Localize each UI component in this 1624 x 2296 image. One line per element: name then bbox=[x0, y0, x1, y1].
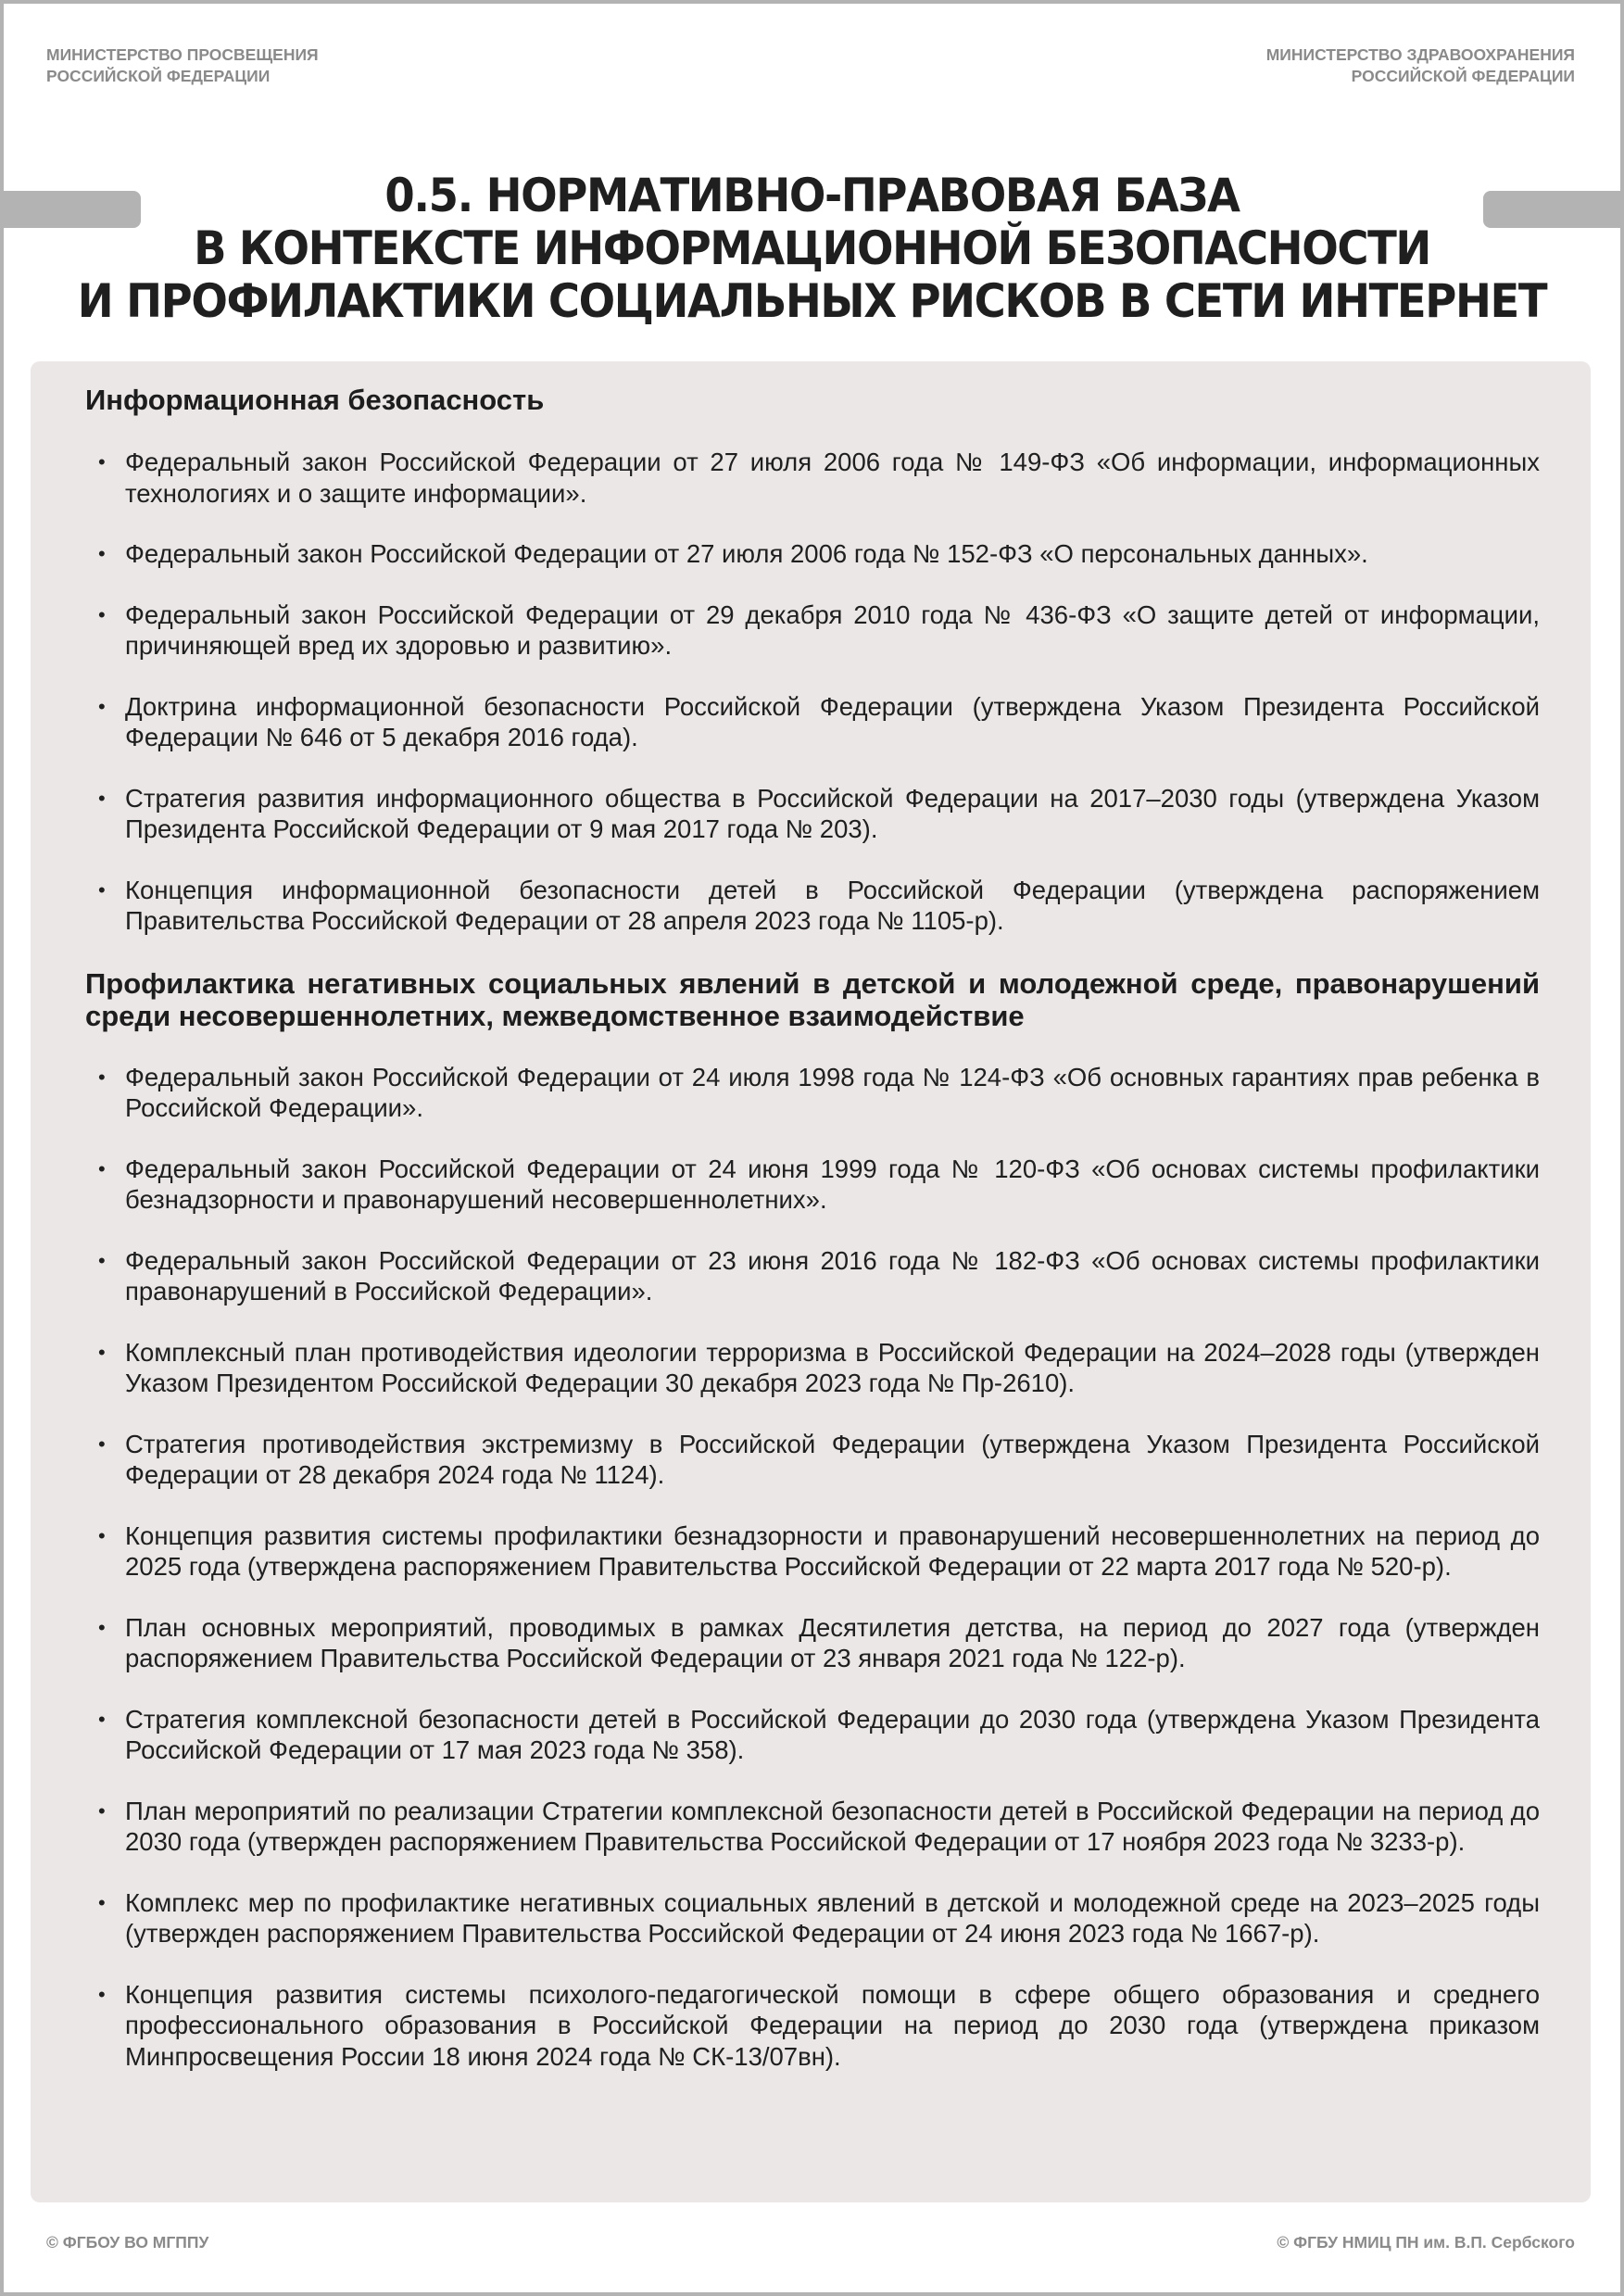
list-item: Федеральный закон Российской Федерации о… bbox=[85, 599, 1540, 662]
list-prevention: Федеральный закон Российской Федерации о… bbox=[85, 1062, 1540, 2073]
list-item: Стратегия комплексной безопасности детей… bbox=[85, 1704, 1540, 1766]
list-item: Федеральный закон Российской Федерации о… bbox=[85, 538, 1540, 570]
title-line-3: И ПРОФИЛАКТИКИ СОЦИАЛЬНЫХ РИСКОВ В СЕТИ … bbox=[57, 275, 1567, 328]
list-item: Федеральный закон Российской Федерации о… bbox=[85, 1154, 1540, 1216]
list-item: Стратегия развития информационного общес… bbox=[85, 783, 1540, 845]
list-item: Федеральный закон Российской Федерации о… bbox=[85, 1245, 1540, 1307]
list-item: Доктрина информационной безопасности Рос… bbox=[85, 691, 1540, 753]
header-ministry-health: МИНИСТЕРСТВО ЗДРАВООХРАНЕНИЯ РОССИЙСКОЙ … bbox=[1266, 44, 1575, 87]
title-line-1: 0.5. НОРМАТИВНО-ПРАВОВАЯ БАЗА bbox=[57, 170, 1567, 222]
footer-copyright-mgppu: © ФГБОУ ВО МГППУ bbox=[46, 2232, 208, 2252]
content-body: Информационная безопасность Федеральный … bbox=[85, 384, 1540, 2101]
header-right-line-1: МИНИСТЕРСТВО ЗДРАВООХРАНЕНИЯ bbox=[1266, 44, 1575, 66]
list-item: Концепция развития системы психолого-пед… bbox=[85, 1979, 1540, 2073]
list-item: Федеральный закон Российской Федерации о… bbox=[85, 447, 1540, 509]
header-left-line-1: МИНИСТЕРСТВО ПРОСВЕЩЕНИЯ bbox=[46, 44, 319, 66]
list-item: План основных мероприятий, проводимых в … bbox=[85, 1612, 1540, 1674]
header-left-line-2: РОССИЙСКОЙ ФЕДЕРАЦИИ bbox=[46, 66, 319, 87]
section-heading-prevention: Профилактика негативных социальных явлен… bbox=[85, 967, 1540, 1032]
header-right-line-2: РОССИЙСКОЙ ФЕДЕРАЦИИ bbox=[1266, 66, 1575, 87]
list-item: Комплекс мер по профилактике негативных … bbox=[85, 1887, 1540, 1949]
title-line-2: В КОНТЕКСТЕ ИНФОРМАЦИОННОЙ БЕЗОПАСНОСТИ bbox=[57, 222, 1567, 275]
list-item: Комплексный план противодействия идеолог… bbox=[85, 1337, 1540, 1399]
header-ministry-education: МИНИСТЕРСТВО ПРОСВЕЩЕНИЯ РОССИЙСКОЙ ФЕДЕ… bbox=[46, 44, 319, 87]
list-information-security: Федеральный закон Российской Федерации о… bbox=[85, 447, 1540, 937]
page-title: 0.5. НОРМАТИВНО-ПРАВОВАЯ БАЗА В КОНТЕКСТ… bbox=[57, 170, 1567, 328]
list-item: Стратегия противодействия экстремизму в … bbox=[85, 1429, 1540, 1491]
list-item: Концепция развития системы профилактики … bbox=[85, 1520, 1540, 1583]
list-item: Концепция информационной безопасности де… bbox=[85, 875, 1540, 937]
footer-copyright-serbsky: © ФГБУ НМИЦ ПН им. В.П. Сербского bbox=[1277, 2232, 1575, 2252]
list-item: План мероприятий по реализации Стратегии… bbox=[85, 1796, 1540, 1858]
list-item: Федеральный закон Российской Федерации о… bbox=[85, 1062, 1540, 1124]
section-heading-information-security: Информационная безопасность bbox=[85, 384, 1540, 416]
